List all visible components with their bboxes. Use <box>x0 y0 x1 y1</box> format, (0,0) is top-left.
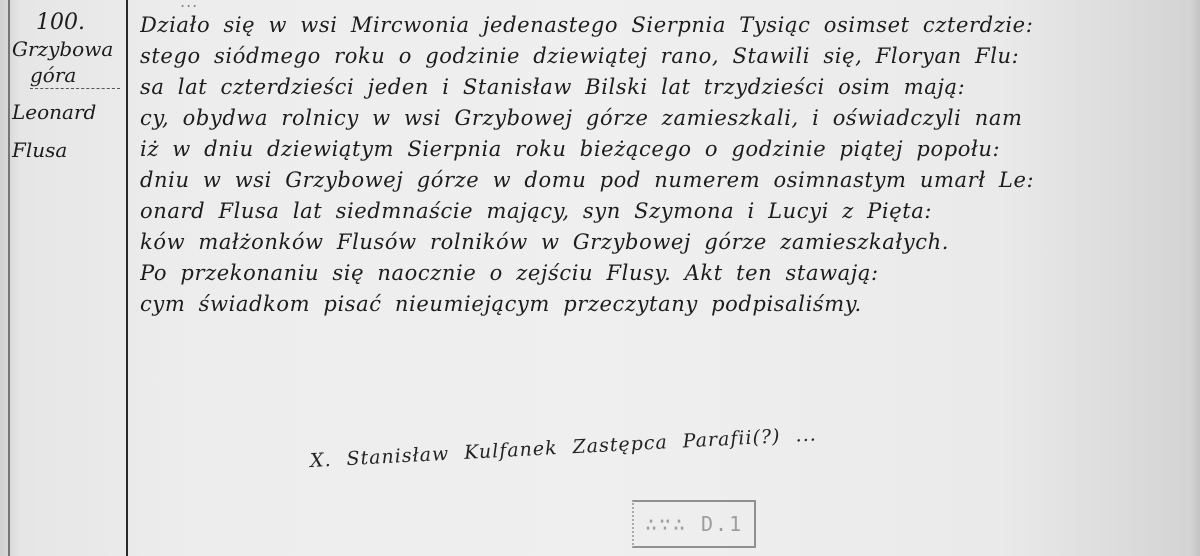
record-line: Działo się w wsi Mircwonia jedenastego S… <box>140 10 1190 41</box>
document-scan: ... 100. Grzybowa góra Leonard Flusa Dzi… <box>0 0 1200 556</box>
left-edge-rule <box>8 0 10 556</box>
record-line: Po przekonaniu się naocznie o zejściu Fl… <box>140 258 1190 289</box>
record-line: sa lat czterdzieści jeden i Stanisław Bi… <box>140 72 1190 103</box>
margin-name-line-2: Flusa <box>12 135 124 165</box>
archive-stamp: ∴∵∴ D.1 <box>632 500 756 548</box>
record-line: onard Flusa lat siedmnaście mający, syn … <box>140 196 1190 227</box>
entry-number: 100. <box>36 10 124 36</box>
margin-name-line-1: Leonard <box>12 97 124 127</box>
record-line: iż w dniu dziewiątym Sierpnia roku bieżą… <box>140 134 1190 165</box>
priest-signature: X. Stanisław Kulfanek Zastępca Parafii(?… <box>309 423 817 472</box>
record-line: ków małżonków Flusów rolników w Grzybowe… <box>140 227 1190 258</box>
margin-annotation: 100. Grzybowa góra Leonard Flusa <box>12 10 124 165</box>
record-body: Działo się w wsi Mircwonia jedenastego S… <box>140 10 1190 320</box>
margin-place-line-2: góra <box>30 62 120 89</box>
record-line: dniu w wsi Grzybowej górze w domu pod nu… <box>140 165 1190 196</box>
record-line: cym świadkom pisać nieumiejącym przeczyt… <box>140 289 1190 320</box>
record-line: cy, obydwa rolnicy w wsi Grzybowej górze… <box>140 103 1190 134</box>
margin-place-line-1: Grzybowa <box>12 36 124 62</box>
record-line: stego siódmego roku o godzinie dziewiąte… <box>140 41 1190 72</box>
margin-rule <box>126 0 128 556</box>
